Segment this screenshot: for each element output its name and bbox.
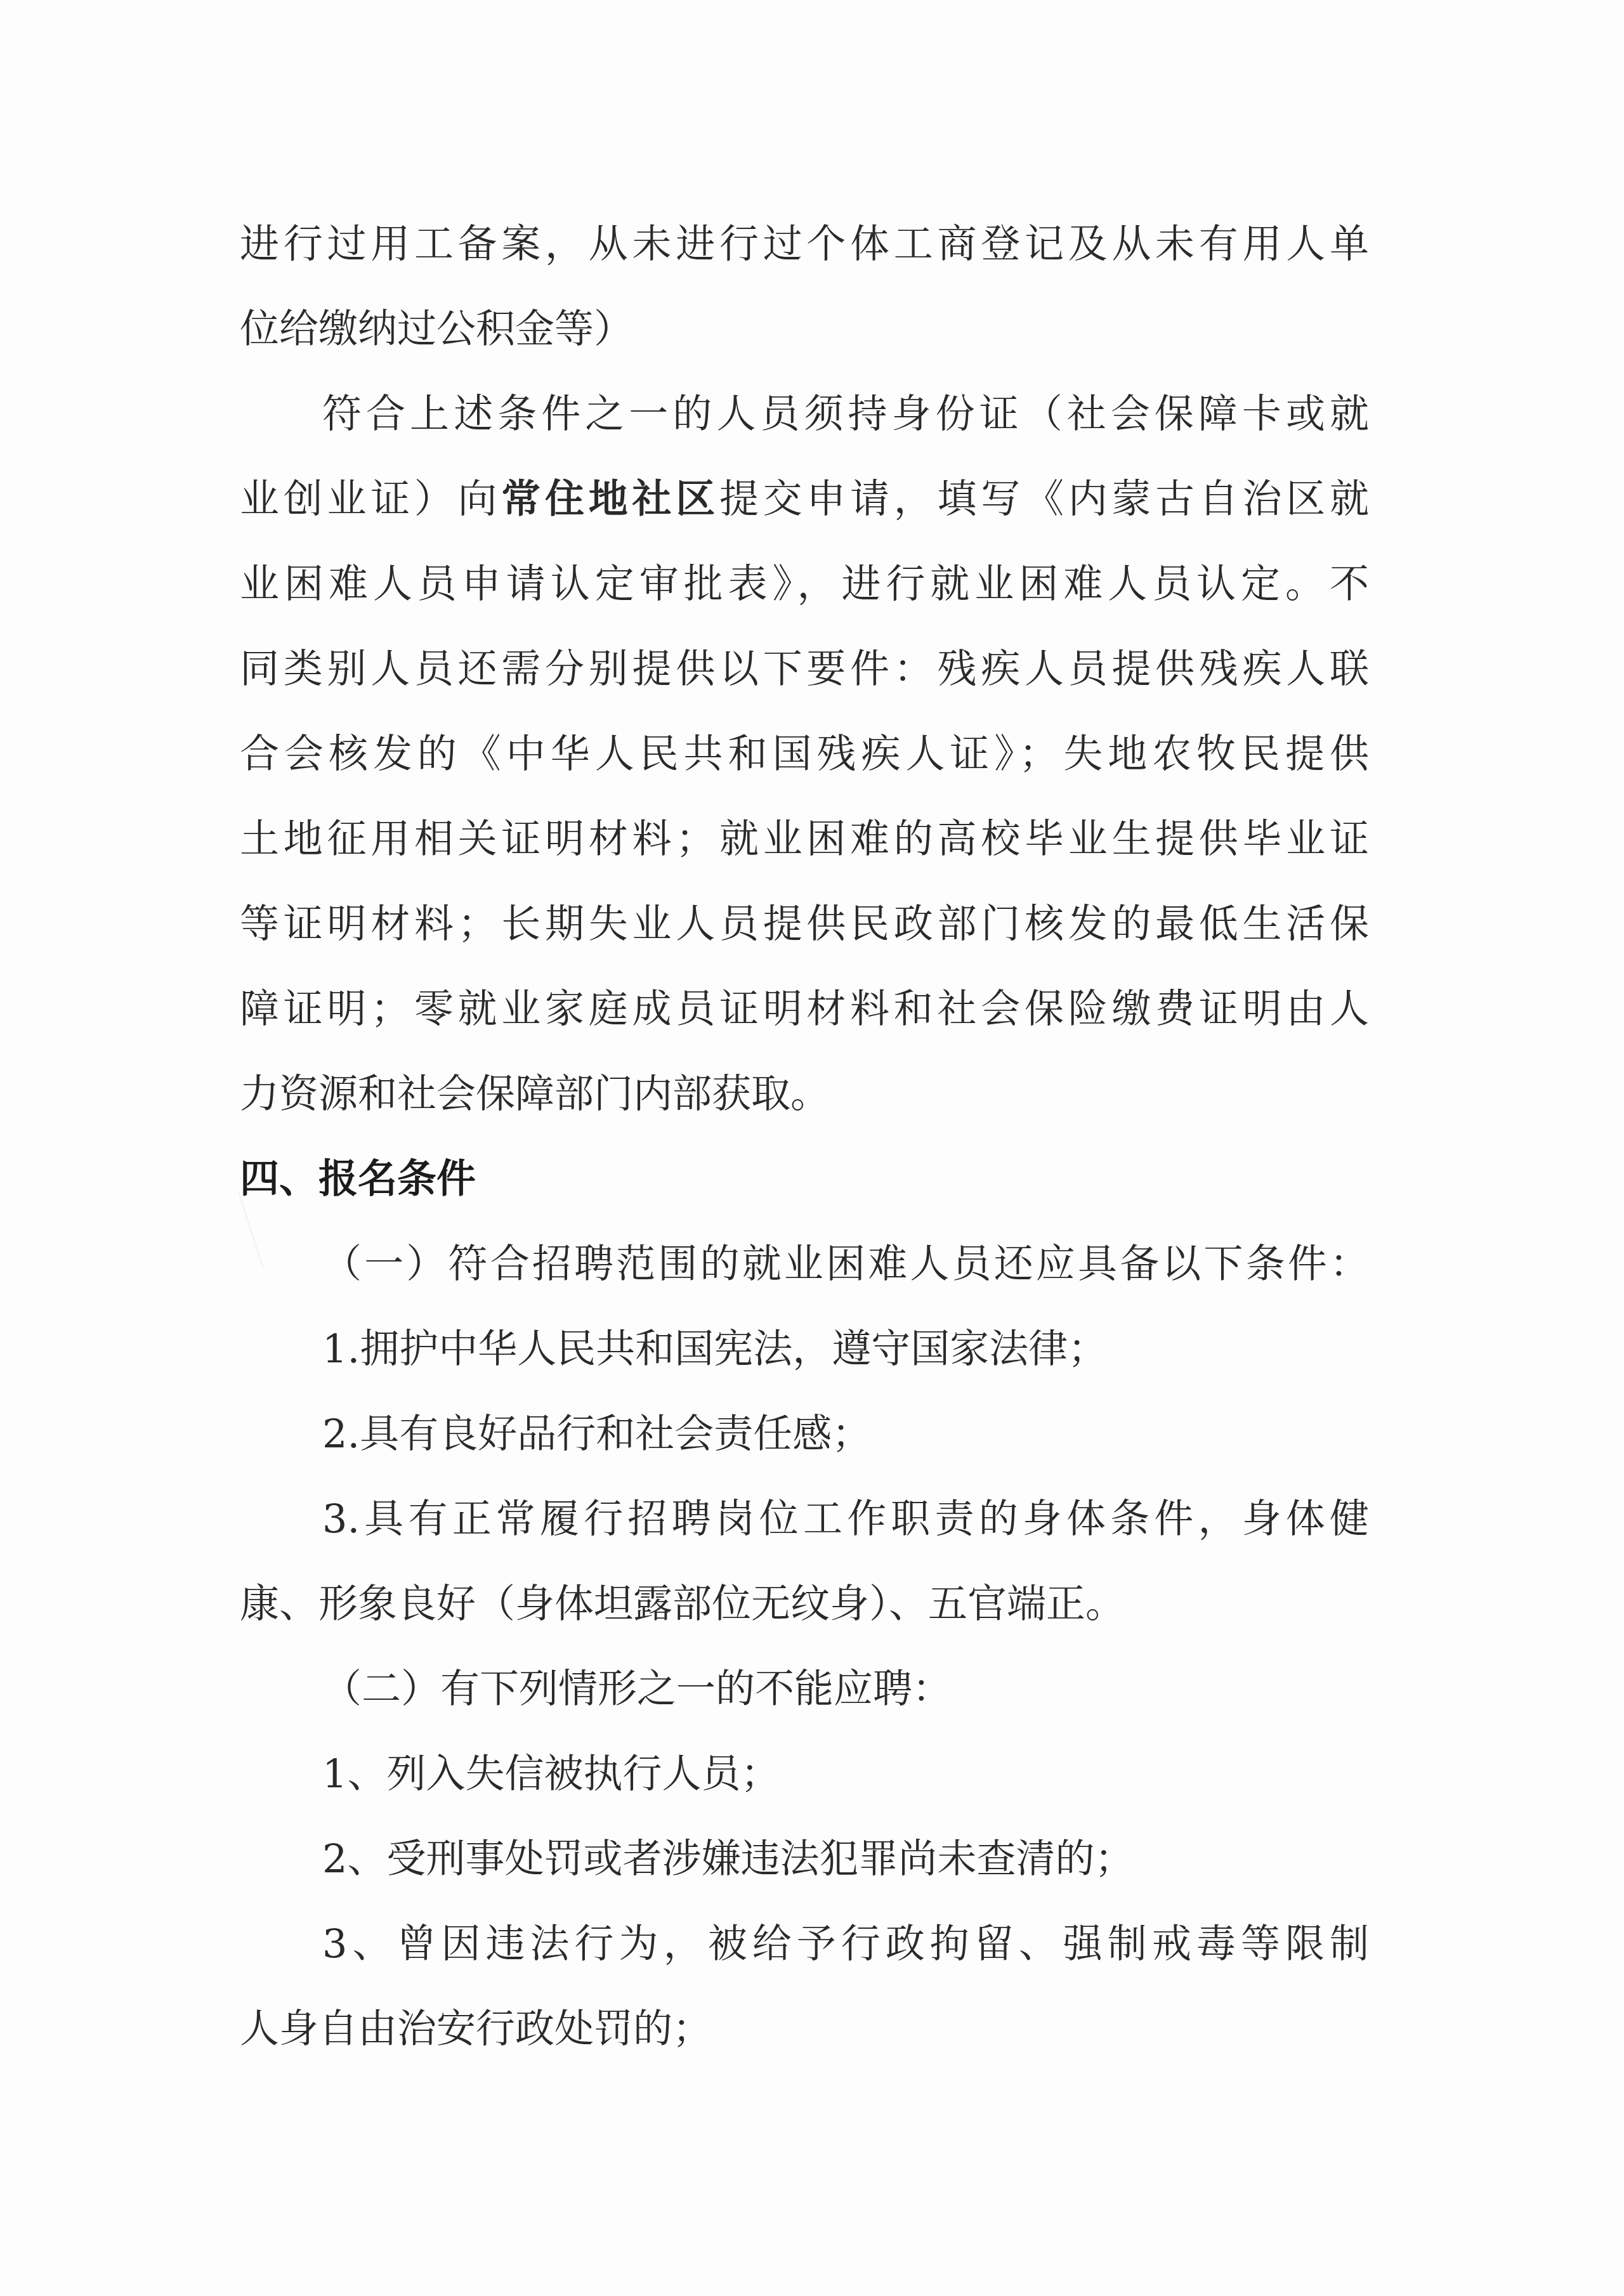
paragraph-line: 合会核发的《中华人民共和国残疾人证》；失地农牧民提供 [240,719,1369,789]
paragraph-line: 进行过用工备案，从未进行过个体工商登记及从未有用人单 [240,209,1369,279]
paragraph-line: 障证明；零就业家庭成员证明材料和社会保险缴费证明由人 [240,974,1369,1044]
list-item: 3.具有正常履行招聘岗位工作职责的身体条件，身体健 [240,1484,1369,1554]
paragraph-line: 等证明材料；长期失业人员提供民政部门核发的最低生活保 [240,889,1369,959]
list-item: 3、曾因违法行为，被给予行政拘留、强制戒毒等限制 [240,1909,1369,1979]
list-item: 2、受刑事处罚或者涉嫌违法犯罪尚未查清的； [240,1824,1134,1894]
emphasis-text: 常住地社区 [501,476,719,522]
paragraph-line-with-emphasis: 业创业证）向常住地社区提交申请，填写《内蒙古自治区就 [240,464,1369,534]
paragraph-line: 业困难人员申请认定审批表》，进行就业困难人员认定。不 [240,549,1369,619]
subsection-title: （一）符合招聘范围的就业困难人员还应具备以下条件： [240,1229,1369,1299]
subsection-title: （二）有下列情形之一的不能应聘： [240,1654,952,1724]
paragraph-line: 土地征用相关证明材料；就业困难的高校毕业生提供毕业证 [240,804,1369,874]
list-item: 2.具有良好品行和社会责任感； [240,1399,871,1469]
list-item-continuation: 康、形象良好（身体坦露部位无纹身）、五官端正。 [240,1569,1125,1639]
paragraph-line: 符合上述条件之一的人员须持身份证（社会保障卡或就 [240,379,1369,449]
paragraph-line: 位给缴纳过公积金等） [240,294,633,364]
paragraph-text: 提交申请，填写《内蒙古自治区就 [719,476,1369,522]
paragraph-line: 力资源和社会保障部门内部获取。 [240,1059,830,1129]
list-item-continuation: 人身自由治安行政处罚的； [240,1994,712,2064]
list-item: 1、列入失信被执行人员； [240,1739,780,1809]
paragraph-line: 同类别人员还需分别提供以下要件：残疾人员提供残疾人联 [240,634,1369,704]
paragraph-text: 业创业证）向 [240,476,501,522]
list-item: 1.拥护中华人民共和国宪法，遵守国家法律； [240,1314,1107,1384]
